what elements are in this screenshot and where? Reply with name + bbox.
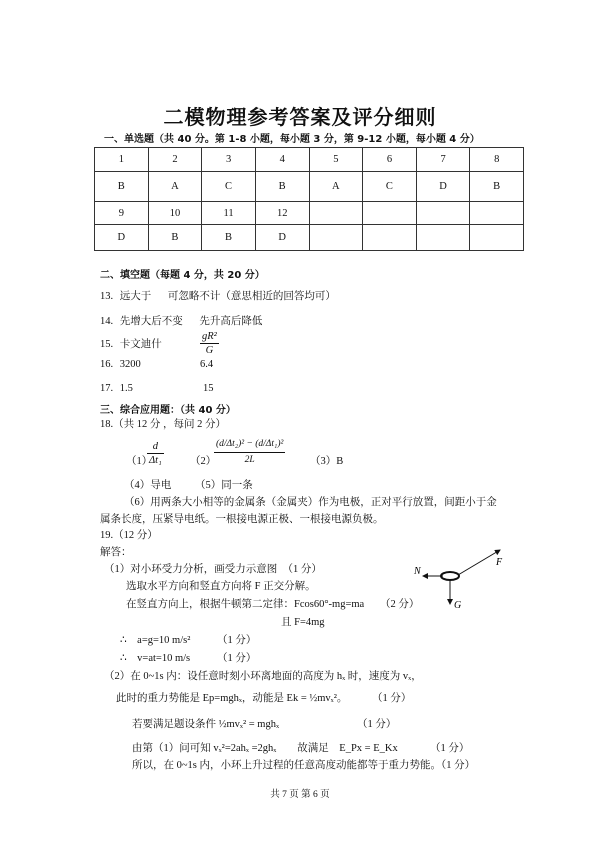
answer-15: 15. 卡文迪什 <box>100 336 162 351</box>
table-cell: B <box>470 172 524 202</box>
answer-13: 13. 远大于 可忽略不计（意思相近的回答均可） <box>100 288 336 303</box>
q19-line4: 且 F=4mg <box>281 614 325 629</box>
force-F-arrow <box>458 550 500 575</box>
answer-b: 先升高后降低 <box>199 316 262 327</box>
page-title: 二模物理参考答案及评分细则 <box>0 101 600 130</box>
q19-line9: 若要满足题设条件 ½mvₓ² = mghₓ <box>132 716 279 731</box>
answer-a: 先增大后不变 <box>120 316 183 327</box>
numerator: gR² <box>200 330 219 344</box>
table-cell: C <box>363 172 417 202</box>
q19-line11: 所以，在 0~1s 内，小环上升过程的任意高度动能都等于重力势能。（1 分） <box>132 757 475 772</box>
label-F: F <box>495 557 503 568</box>
label-G: G <box>454 600 461 611</box>
q19-line10: 由第（1）问可知 vₓ²=2ahₓ =2ghₓ 故满足 E_Px = E_Kx <box>132 740 398 755</box>
q19-answer-label: 解答： <box>100 544 132 559</box>
answer-a: 卡文迪什 <box>120 339 162 350</box>
answer-17: 17. 1.5 <box>100 383 133 394</box>
fraction-velocity-squared-diff: (d/Δt₂)² − (d/Δt₁)² 2L <box>214 436 285 467</box>
table-cell: 7 <box>416 148 470 172</box>
table-cell: 5 <box>309 148 363 172</box>
table-cell: B <box>202 225 256 251</box>
table-cell: 12 <box>255 202 309 225</box>
fraction-d-over-dt1: d Δt₁ <box>147 440 164 468</box>
table-cell: D <box>95 225 149 251</box>
q19-line8: 此时的重力势能是 Ep=mghₓ，动能是 Ek = ½mvₓ²。 <box>116 690 347 705</box>
table-cell <box>309 225 363 251</box>
table-cell: A <box>148 172 202 202</box>
table-cell: 11 <box>202 202 256 225</box>
denominator: Δt₁ <box>147 454 164 468</box>
table-cell: 1 <box>95 148 149 172</box>
table-cell <box>309 202 363 225</box>
q18-part6-line1: （6）用两条大小相等的金属条（金属夹）作为电极，正对平行放置，间距小于金 <box>124 494 497 509</box>
q18-header: 18.（共 12 分 ，每问 2 分） <box>100 416 226 431</box>
table-cell: D <box>255 225 309 251</box>
numerator: (d/Δt₂)² − (d/Δt₁)² <box>214 436 285 453</box>
table-cell <box>470 225 524 251</box>
table-cell <box>416 225 470 251</box>
q19-line10-score: （1 分） <box>430 740 469 755</box>
item-number: 15. <box>100 339 113 350</box>
table-cell: B <box>255 172 309 202</box>
table-cell <box>470 202 524 225</box>
q19-line5-score: （1 分） <box>217 632 256 647</box>
answer-b: 可忽略不计（意思相近的回答均可） <box>168 291 336 302</box>
table-cell: B <box>148 225 202 251</box>
fraction-gR2-over-G: gR² G <box>200 330 219 358</box>
q19-line9-score: （1 分） <box>357 716 396 731</box>
table-cell: 6 <box>363 148 417 172</box>
label-N: N <box>413 566 422 577</box>
table-row: 9101112 <box>95 202 524 225</box>
table-cell: 9 <box>95 202 149 225</box>
table-cell: 3 <box>202 148 256 172</box>
q19-header: 19.（12 分） <box>100 527 158 542</box>
section3-heading: 三、综合应用题：（共 40 分） <box>100 401 236 416</box>
answer-a: 远大于 <box>120 291 152 302</box>
page-footer: 共 7 页 第 6 页 <box>0 786 600 800</box>
table-cell <box>363 202 417 225</box>
table-row: DBBD <box>95 225 524 251</box>
item-number: 13. <box>100 291 113 302</box>
q19-line5: ∴ a=g=10 m/s² <box>120 632 190 647</box>
table-row: 12345678 <box>95 148 524 172</box>
table-cell <box>416 202 470 225</box>
table-cell: 2 <box>148 148 202 172</box>
answer-17-b: 15 <box>203 383 214 394</box>
q19-line1: （1）对小环受力分析，画受力示意图 （1 分） <box>104 561 322 576</box>
table-cell: B <box>95 172 149 202</box>
q19-line7: （2）在 0~1s 内：设任意时刻小环离地面的高度为 hₓ 时，速度为 vₓ， <box>104 668 422 683</box>
answer-14: 14. 先增大后不变 先升高后降低 <box>100 313 262 328</box>
q18-part5: （5）同一条 <box>195 477 253 492</box>
answer-a: 1.5 <box>120 383 133 394</box>
answer-16: 16. 3200 <box>100 359 141 370</box>
table-cell: 10 <box>148 202 202 225</box>
q19-line3: 在竖直方向上，根据牛顿第二定律：Fcos60°-mg=ma <box>126 596 364 611</box>
answer-16-b: 6.4 <box>200 359 213 370</box>
ring-icon <box>441 572 459 580</box>
section2-heading: 二、填空题（每题 4 分，共 20 分） <box>100 266 265 281</box>
force-diagram: F N G <box>410 540 520 620</box>
table-cell: 8 <box>470 148 524 172</box>
table-cell: D <box>416 172 470 202</box>
table-row: BACBACDB <box>95 172 524 202</box>
q19-line6-score: （1 分） <box>217 650 256 665</box>
q18-part4: （4）导电 <box>124 477 171 492</box>
item-number: 17. <box>100 383 113 394</box>
q19-line6: ∴ v=at=10 m/s <box>120 650 190 665</box>
denominator: 2L <box>214 453 285 467</box>
q18-part6-line2: 属条长度，压紧导电纸。一根接电源正极、一根接电源负极。 <box>100 511 384 526</box>
q19-line8-score: （1 分） <box>372 690 411 705</box>
table-cell: 4 <box>255 148 309 172</box>
section1-heading: 一、单选题（共 40 分。第 1-8 小题，每小题 3 分，第 9-12 小题，… <box>104 130 480 145</box>
table-cell: C <box>202 172 256 202</box>
table-cell <box>363 225 417 251</box>
answer-a: 3200 <box>120 359 141 370</box>
q18-part2-label: （2） <box>190 453 216 468</box>
q18-part3: （3）B <box>310 453 343 468</box>
answer-table: 12345678 BACBACDB 9101112 DBBD <box>94 147 524 251</box>
item-number: 14. <box>100 316 113 327</box>
item-number: 16. <box>100 359 113 370</box>
q19-line2: 选取水平方向和竖直方向将 F 正交分解。 <box>126 578 316 593</box>
table-cell: A <box>309 172 363 202</box>
numerator: d <box>147 440 164 454</box>
denominator: G <box>200 344 219 358</box>
